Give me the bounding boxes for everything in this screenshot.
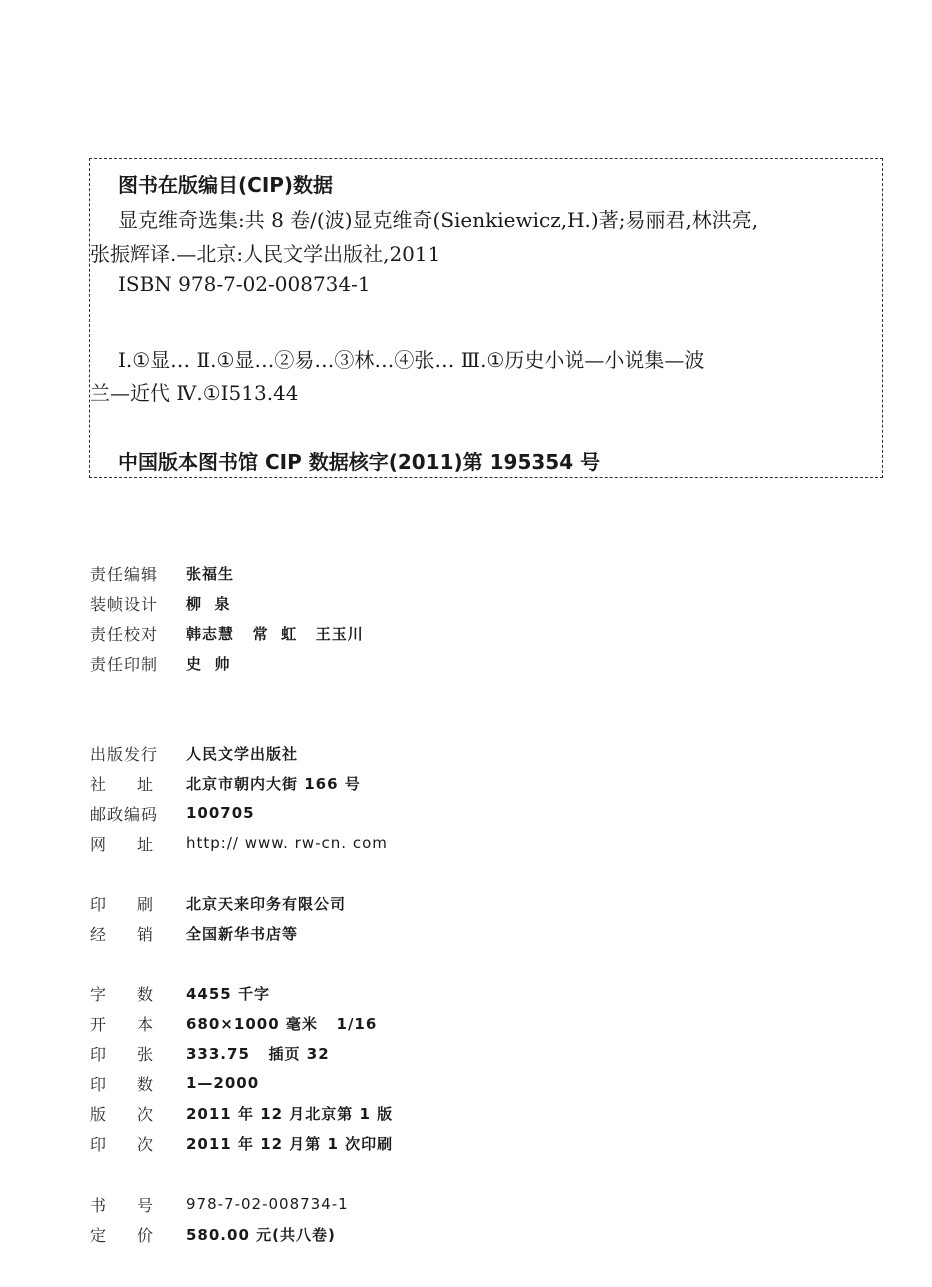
label-char: 开 (90, 1012, 107, 1035)
label-char: 印 (90, 892, 107, 915)
staff-value: 史 帅 (186, 653, 230, 674)
printing-label: 经销 (90, 922, 154, 945)
printing-value: 北京天来印务有限公司 (186, 893, 346, 914)
label-char: 印 (90, 1132, 107, 1155)
pricing-row-isbn: 书号 978-7-02-008734-1 (90, 1192, 349, 1216)
publisher-row-website: 网址 http:// www. rw-cn. com (90, 831, 388, 855)
publisher-value: 100705 (186, 804, 255, 822)
spec-value: 4455 千字 (186, 983, 270, 1004)
label-char: 版 (90, 1102, 107, 1125)
staff-value: 韩志慧 常 虹 王玉川 (186, 623, 364, 644)
label-char: 址 (137, 832, 154, 855)
publisher-row-publisher: 出版发行 人民文学出版社 (90, 741, 298, 765)
website-link[interactable]: http:// www. rw-cn. com (186, 834, 388, 852)
label-char: 次 (137, 1132, 154, 1155)
printing-label: 印刷 (90, 892, 154, 915)
label-char: 书 (90, 1193, 107, 1216)
pricing-row-price: 定价 580.00 元(共八卷) (90, 1222, 336, 1246)
spec-value: 333.75 插页 32 (186, 1043, 330, 1064)
staff-label: 责任编辑 (90, 562, 186, 585)
spec-value: 1—2000 (186, 1074, 259, 1092)
spec-row-edition: 版次 2011 年 12 月北京第 1 版 (90, 1101, 393, 1125)
spec-value: 2011 年 12 月北京第 1 版 (186, 1103, 393, 1124)
spec-value: 680×1000 毫米 1/16 (186, 1013, 377, 1034)
publisher-label: 出版发行 (90, 742, 186, 765)
publisher-row-address: 社址 北京市朝内大街 166 号 (90, 771, 361, 795)
printing-row-printer: 印刷 北京天来印务有限公司 (90, 891, 346, 915)
pricing-label: 定价 (90, 1223, 154, 1246)
spec-label: 印数 (90, 1072, 154, 1095)
publisher-value: 北京市朝内大街 166 号 (186, 773, 361, 794)
label-char: 销 (137, 922, 154, 945)
spec-row-sheets: 印张 333.75 插页 32 (90, 1041, 330, 1065)
spec-row-impression: 印次 2011 年 12 月第 1 次印刷 (90, 1131, 393, 1155)
label-char: 价 (137, 1223, 154, 1246)
spec-row-format: 开本 680×1000 毫米 1/16 (90, 1011, 377, 1035)
spec-row-print-run: 印数 1—2000 (90, 1071, 259, 1095)
label-char: 数 (137, 1072, 154, 1095)
staff-label: 责任印制 (90, 652, 186, 675)
printing-row-distributor: 经销 全国新华书店等 (90, 921, 298, 945)
label-char: 本 (137, 1012, 154, 1035)
cip-bibliographic-line-2: 张振辉译.—北京:人民文学出版社,2011 (90, 238, 440, 267)
pricing-value: 580.00 元(共八卷) (186, 1224, 336, 1245)
cip-isbn: ISBN 978-7-02-008734-1 (118, 272, 371, 296)
printing-value: 全国新华书店等 (186, 923, 298, 944)
spec-label: 版次 (90, 1102, 154, 1125)
label-char: 印 (90, 1072, 107, 1095)
publisher-value: 人民文学出版社 (186, 743, 298, 764)
cip-verification-number: 中国版本图书馆 CIP 数据核字(2011)第 195354 号 (118, 446, 600, 475)
pricing-label: 书号 (90, 1193, 154, 1216)
publisher-row-postcode: 邮政编码 100705 (90, 801, 255, 825)
cip-bibliographic-line-1: 显克维奇选集:共 8 卷/(波)显克维奇(Sienkiewicz,H.)著;易丽… (118, 204, 758, 233)
spec-value: 2011 年 12 月第 1 次印刷 (186, 1133, 393, 1154)
staff-label: 装帧设计 (90, 592, 186, 615)
publisher-label: 社址 (90, 772, 154, 795)
label-char: 张 (137, 1042, 154, 1065)
spec-row-word-count: 字数 4455 千字 (90, 981, 270, 1005)
cip-classification-line-1: Ⅰ.①显… Ⅱ.①显…②易…③林…④张… Ⅲ.①历史小说—小说集—波 (118, 344, 704, 373)
staff-row-designer: 装帧设计 柳 泉 (90, 591, 230, 615)
label-char: 网 (90, 832, 107, 855)
label-char: 社 (90, 772, 107, 795)
staff-row-editor: 责任编辑 张福生 (90, 561, 234, 585)
staff-row-proofreader: 责任校对 韩志慧 常 虹 王玉川 (90, 621, 364, 645)
publisher-label: 邮政编码 (90, 802, 186, 825)
staff-value: 柳 泉 (186, 593, 230, 614)
publisher-label: 网址 (90, 832, 154, 855)
label-char: 址 (137, 772, 154, 795)
staff-label: 责任校对 (90, 622, 186, 645)
label-char: 定 (90, 1223, 107, 1246)
pricing-value: 978-7-02-008734-1 (186, 1195, 349, 1213)
staff-value: 张福生 (186, 563, 234, 584)
label-char: 字 (90, 982, 107, 1005)
cip-title: 图书在版编目(CIP)数据 (118, 169, 333, 198)
spec-label: 字数 (90, 982, 154, 1005)
label-char: 经 (90, 922, 107, 945)
label-char: 号 (137, 1193, 154, 1216)
cip-classification-line-2: 兰—近代 Ⅳ.①I513.44 (90, 377, 299, 406)
spec-label: 开本 (90, 1012, 154, 1035)
spec-label: 印次 (90, 1132, 154, 1155)
staff-row-print-supervisor: 责任印制 史 帅 (90, 651, 230, 675)
spec-label: 印张 (90, 1042, 154, 1065)
label-char: 印 (90, 1042, 107, 1065)
label-char: 数 (137, 982, 154, 1005)
label-char: 次 (137, 1102, 154, 1125)
label-char: 刷 (137, 892, 154, 915)
